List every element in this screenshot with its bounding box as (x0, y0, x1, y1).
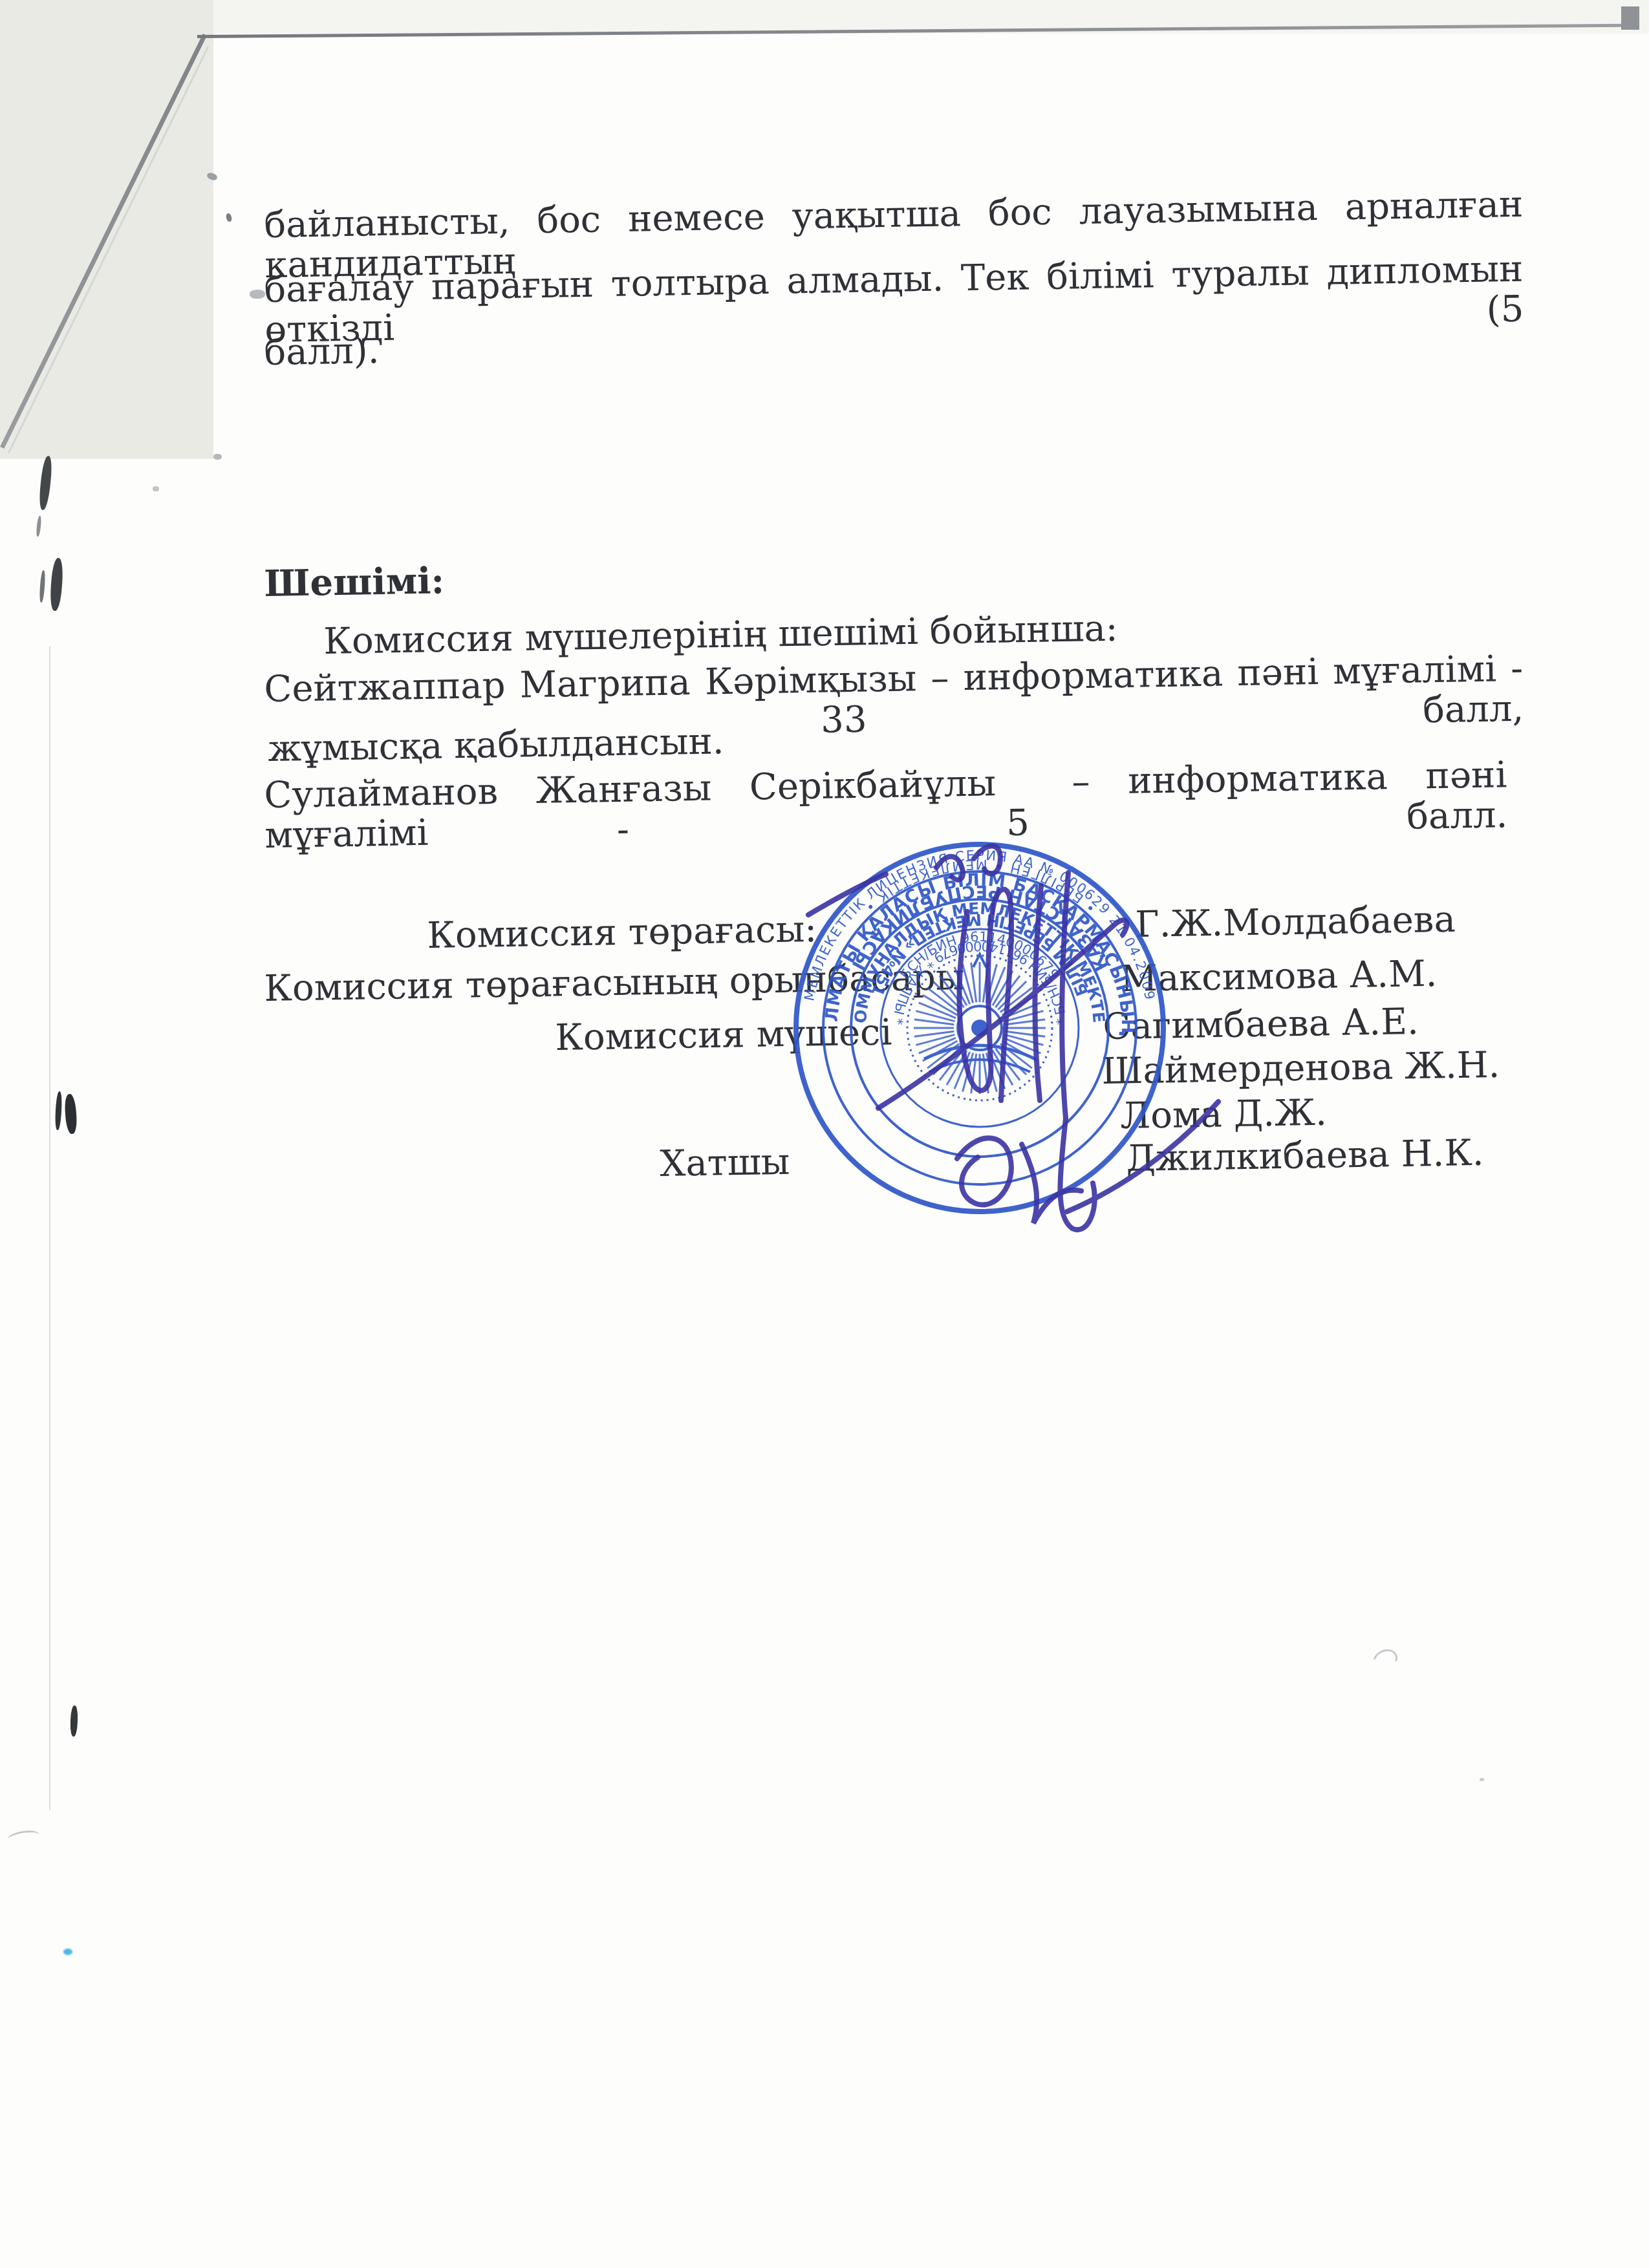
ink-dot-cyan (63, 1949, 72, 1955)
scan-speck (213, 454, 222, 460)
edge-streak (49, 558, 64, 612)
decision-heading: Шешімі: (264, 561, 445, 604)
decision-line: жұмысқа қабылдансын. (268, 722, 724, 769)
scanned-document-page: байланысты, бос немесе уақытша бос лауаз… (0, 0, 1649, 2268)
scan-speck (1480, 1778, 1484, 1781)
scan-speck (153, 486, 159, 491)
scan-squiggle (1369, 1645, 1402, 1676)
signature-ink (763, 795, 1229, 1261)
decision-intro: Комиссия мүшелерінің шешімі бойынша: (323, 609, 1118, 662)
edge-streak (64, 1093, 78, 1134)
edge-streak (38, 455, 54, 510)
signatory-role: Комиссия төрағасы: (427, 908, 817, 957)
corner-clip-artifact (1621, 6, 1639, 30)
edge-streak (36, 516, 41, 537)
edge-streak (39, 570, 45, 603)
scan-smudge (250, 290, 265, 299)
scan-edge-line (49, 647, 50, 1810)
paragraph-line: балл). (264, 331, 380, 373)
scan-speck (225, 213, 232, 222)
edge-streak (70, 1706, 78, 1737)
edge-streak (54, 1091, 62, 1130)
scan-hair-line (7, 1829, 41, 1846)
